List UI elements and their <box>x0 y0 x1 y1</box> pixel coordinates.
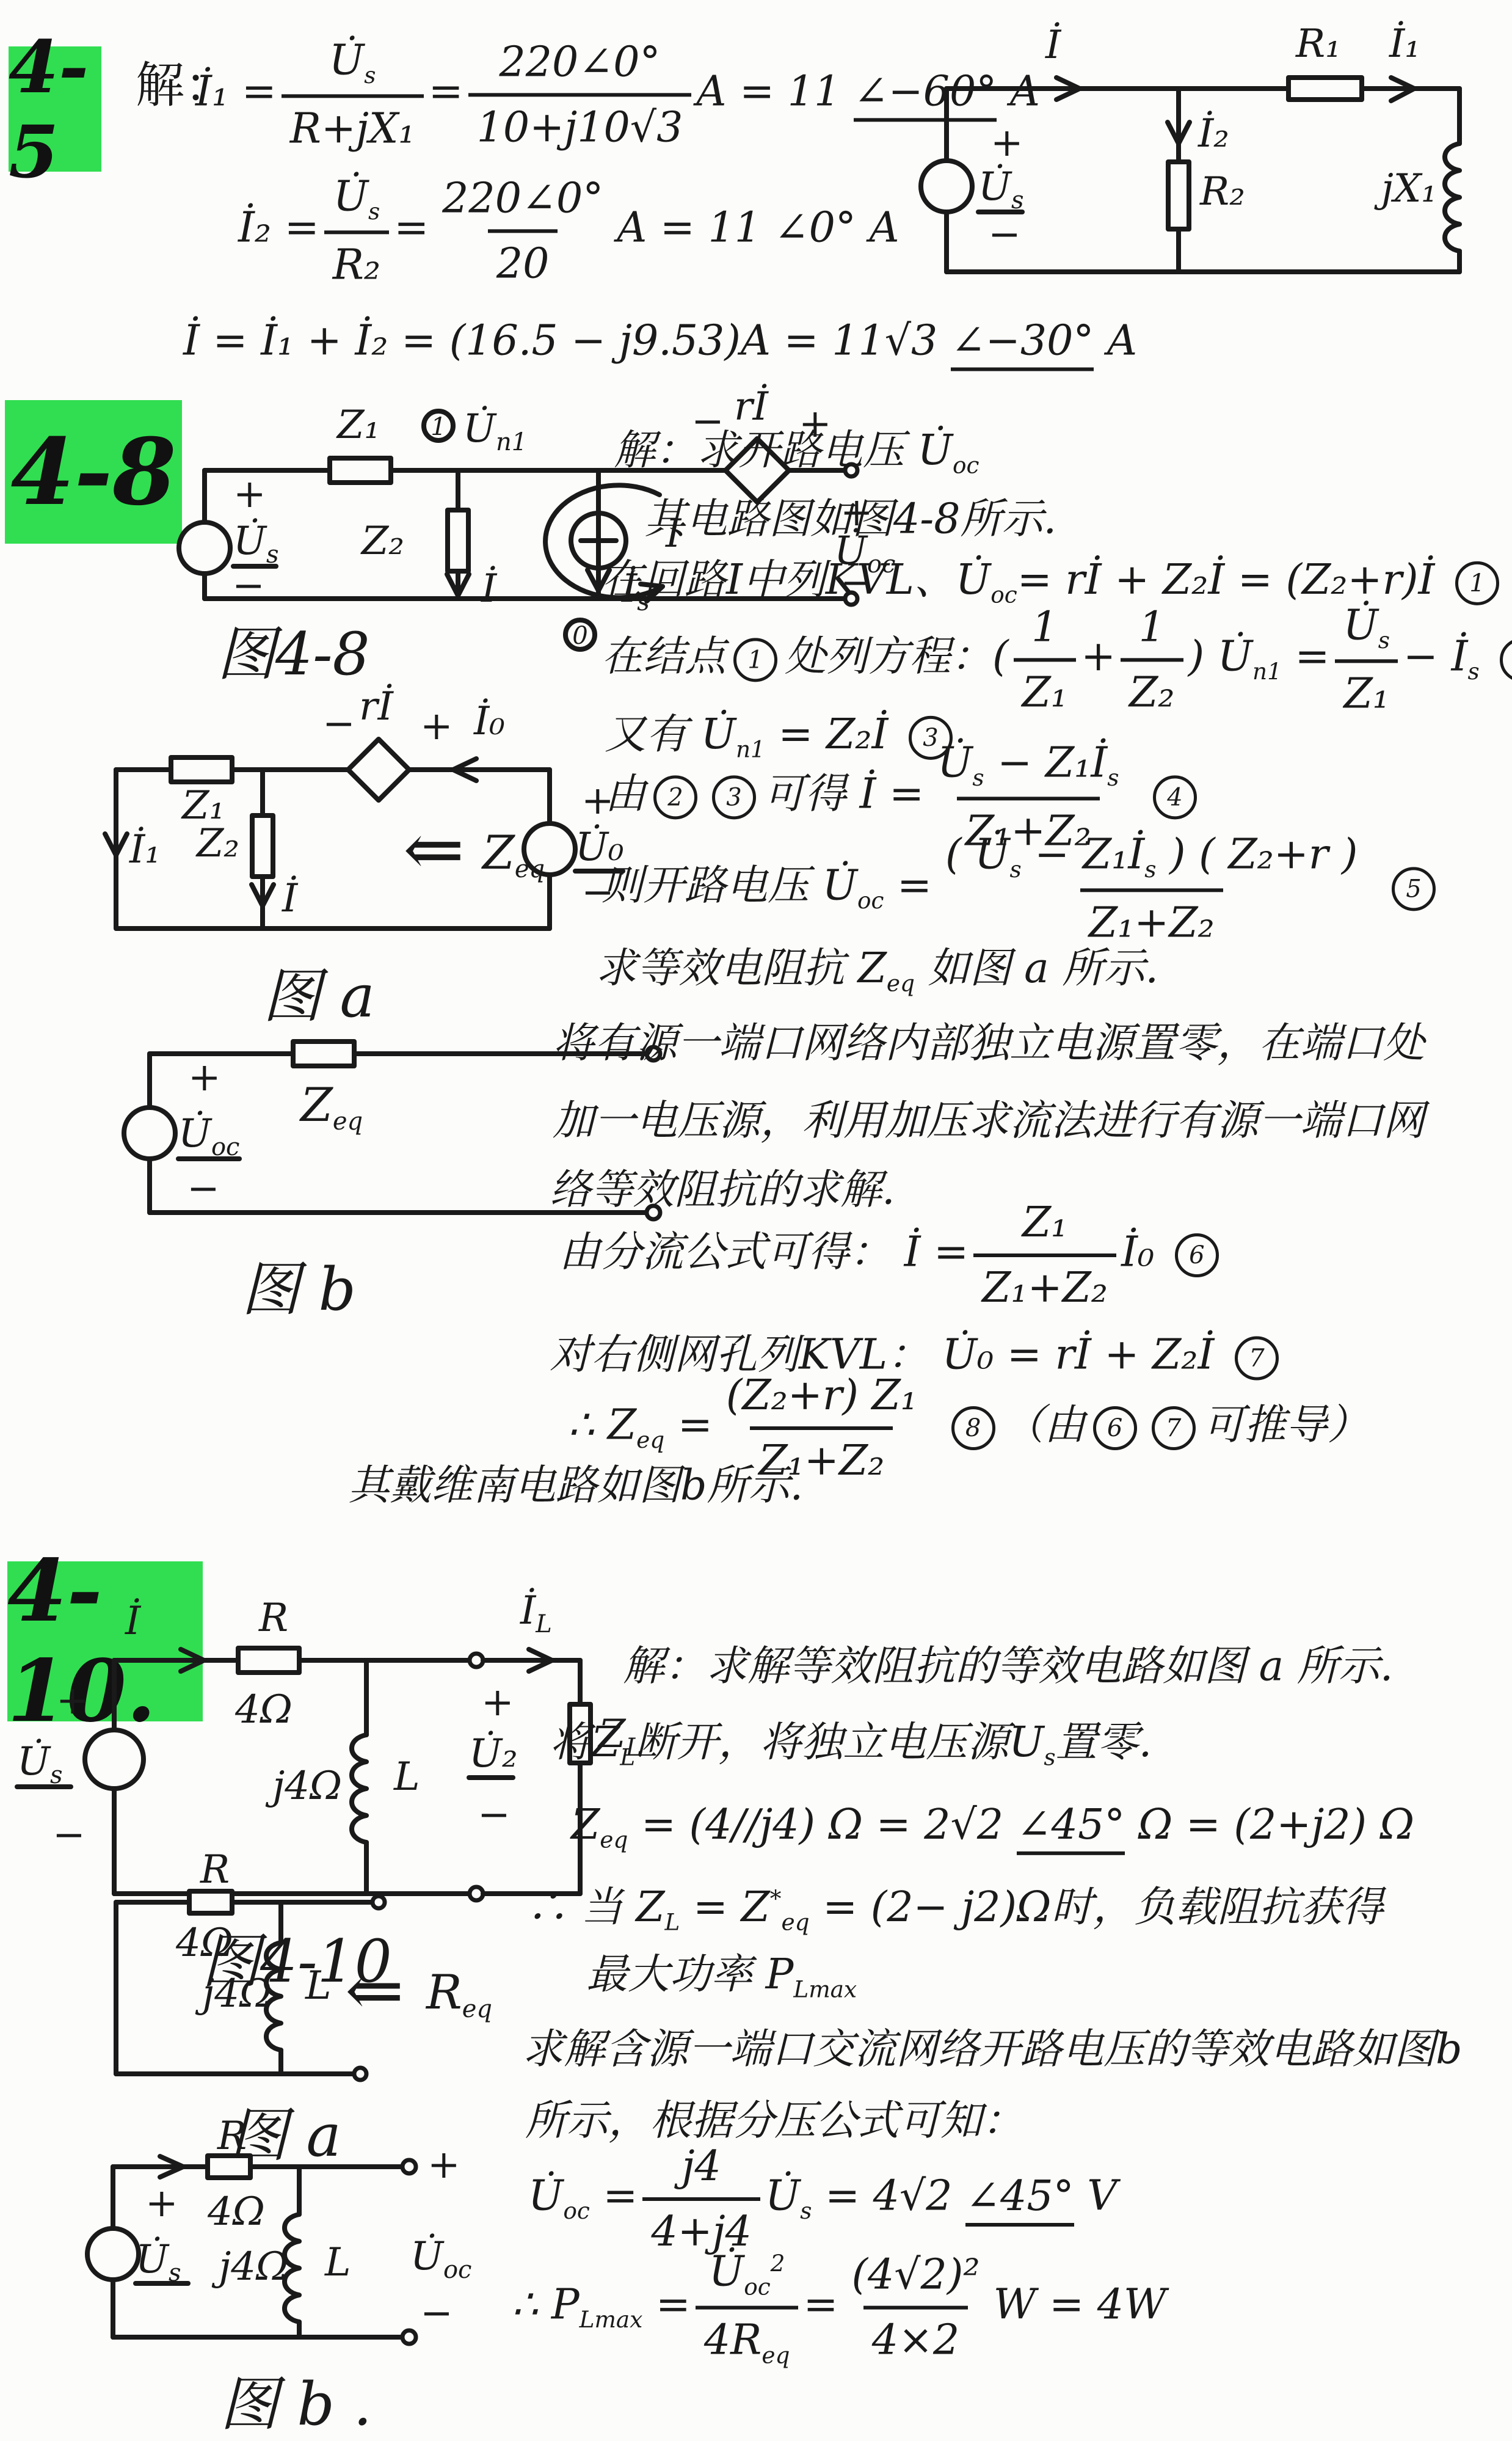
text-line-48-8: 求等效电阻抗 Zeq 如图 a 所示. <box>595 943 1158 998</box>
label-r1: R₁ <box>1295 21 1341 67</box>
req-arrow-icon: ⇐ <box>345 1950 404 2032</box>
label-i: İ <box>1045 22 1062 68</box>
label-l: L <box>393 1754 420 1800</box>
minus-sign: − <box>232 563 265 608</box>
resistor-r-symbol <box>238 1648 299 1673</box>
label-us: U̇s <box>978 163 1023 214</box>
impedance-z2-symbol <box>448 510 468 571</box>
dependent-source-symbol <box>348 739 409 800</box>
voltage-source-symbol <box>87 2228 139 2280</box>
text-line-410-3: Zeq = (4//j4) Ω = 2√2 ∠45° Ω = (2+j2) Ω <box>571 1799 1414 1854</box>
text-line-410-9: ∴ PLmax =U̇oc24Req=(4√2)²4×2W = 4W <box>512 2246 1166 2370</box>
label-us: U̇s <box>136 2236 181 2287</box>
label-r: R <box>200 1847 230 1892</box>
text-line-48-9: 将有源一端口网络内部独立电源置零，在端口处 <box>553 1018 1425 1070</box>
label-l: L <box>324 2240 351 2285</box>
text-line-48-1: 解：求开路电压 U̇oc <box>614 425 979 480</box>
figure-caption-4-8: 图4-8 <box>217 608 370 691</box>
label-i1: İ₁ <box>129 826 161 872</box>
label-us: U̇s <box>17 1738 62 1789</box>
label-j4ohm: j4Ω <box>265 1764 342 1809</box>
problem-label-4-5: 4-5 <box>9 46 101 172</box>
text-line-410-4: ∴ 当 ZL = Z*eq = (2− j2)Ω时，负载阻抗获得 <box>526 1881 1383 1936</box>
impedance-zeq-symbol <box>293 1042 354 1066</box>
minus-sign: − <box>187 1166 220 1211</box>
label-il: İL <box>520 1588 552 1638</box>
voltage-source-symbol <box>124 1107 175 1159</box>
label-i0: İ₀ <box>473 698 505 744</box>
label-z2: Z₂ <box>195 821 239 866</box>
minus-sign-dep: − <box>322 701 355 746</box>
resistor-r2-symbol <box>1168 162 1189 229</box>
text-line-410-8: U̇oc =j44+j4U̇s = 4√2 ∠45° V <box>528 2140 1117 2258</box>
node-0-label: 0 <box>572 622 587 650</box>
plus-sign: + <box>990 120 1023 166</box>
minus-sign: − <box>988 212 1021 257</box>
plus-sign: + <box>188 1055 221 1100</box>
text-line-48-12: 由分流公式可得： İ =Z₁Z₁+Z₂İ₀ 6 <box>559 1197 1226 1314</box>
label-uoc: U̇oc <box>410 2233 471 2284</box>
label-zeq: Zeq <box>299 1078 363 1136</box>
terminal-bottom <box>354 2068 366 2080</box>
plus-sign-dep: + <box>420 704 453 749</box>
plus-sign: + <box>56 1678 89 1723</box>
plus-sign-port: + <box>427 2142 460 2187</box>
terminal-top <box>402 2160 416 2173</box>
voltage-source-symbol <box>85 1730 144 1789</box>
equation-45-i2: İ₂ =U̇sR₂=220∠0°20A = 11 ∠0° A <box>238 170 900 291</box>
inductor-jx1-symbol <box>1445 144 1459 251</box>
text-line-48-15: 其戴维南电路如图b所示. <box>348 1460 803 1512</box>
label-r: R <box>217 2114 247 2159</box>
text-line-410-1: 解：求解等效阻抗的等效电路如图 a 所示. <box>623 1641 1393 1693</box>
label-jx1: jX₁ <box>1374 166 1437 211</box>
handwritten-solution-page: 4-5 解： İ₁ =U̇sR+jX₁=220∠0°10+j10√3A = 11… <box>0 0 1512 2441</box>
text-line-410-2: 将ZL断开，将独立电压源Us置零. <box>550 1717 1152 1771</box>
label-u2: U̇₂ <box>469 1730 518 1776</box>
node-1-label: 1 <box>431 413 446 441</box>
resistor-r1-symbol <box>1288 78 1362 100</box>
resistor-r-symbol <box>189 1891 232 1913</box>
impedance-z1-symbol <box>330 458 391 483</box>
label-i2: İ₂ <box>1198 111 1229 156</box>
label-ri: rİ <box>734 384 769 429</box>
text-line-48-10: 加一电压源，利用加压求流法进行有源一端口网 <box>553 1095 1425 1147</box>
label-i: İ <box>481 566 498 611</box>
label-j4ohm: j4Ω <box>211 2244 288 2290</box>
label-i: İ <box>282 875 299 921</box>
label-uoc: U̇oc <box>178 1110 239 1161</box>
problem-label-4-8: 4-8 <box>5 400 182 544</box>
text-line-410-7: 所示，根据分压公式可知： <box>525 2095 1023 2147</box>
terminal-bottom <box>402 2330 416 2344</box>
figure-caption-4-10b: 图 b . <box>220 2358 372 2441</box>
zeq-arrow-icon: ⇐ <box>403 808 465 892</box>
label-z1: Z₁ <box>336 403 380 448</box>
label-us: U̇s <box>233 517 278 569</box>
label-i: İ <box>125 1598 142 1644</box>
impedance-z1-symbol <box>171 757 232 782</box>
terminal-top <box>373 1896 385 1908</box>
label-4ohm: 4Ω <box>234 1687 293 1732</box>
label-l: L <box>305 1963 332 2009</box>
label-z2: Z₂ <box>360 519 404 564</box>
label-un1: U̇n1 <box>463 405 527 456</box>
label-req: Req <box>425 1965 492 2023</box>
inductor-l-symbol <box>352 1735 366 1842</box>
text-line-48-7: 则开路电压 U̇oc =( U̇s − Z₁İs ) ( Z₂+r )Z₁+Z₂… <box>602 828 1443 949</box>
label-zeq: Zeq <box>481 825 545 883</box>
text-line-410-6: 求解含源一端口交流网络开路电压的等效电路如图b <box>522 2024 1463 2076</box>
label-4ohm: 4Ω <box>207 2189 265 2235</box>
impedance-z2-symbol <box>252 815 273 877</box>
equation-45-itotal: İ = İ₁ + İ₂ = (16.5 − j9.53)A = 11√3 ∠−3… <box>183 315 1137 367</box>
resistor-r-symbol <box>208 2156 250 2178</box>
plus-sign: + <box>233 472 266 517</box>
minus-sign: − <box>53 1812 85 1858</box>
text-line-48-4: 在结点1处列方程：(1Z₁+1Z₂) U̇n1 =U̇sZ₁− İs 2 <box>602 599 1512 720</box>
label-ri: rİ <box>359 684 394 729</box>
circuit-diagram-4-5: İ R₁ İ₁ İ₂ R₂ jX₁ + U̇s − <box>873 9 1512 315</box>
minus-sign-port: − <box>420 2291 453 2336</box>
label-r: R <box>258 1596 288 1641</box>
label-j4ohm: j4Ω <box>195 1971 272 2016</box>
text-line-410-5: 最大功率 PLmax <box>586 1949 857 2004</box>
voltage-source-symbol <box>179 522 230 574</box>
label-i1: İ₁ <box>1389 21 1420 67</box>
plus-sign: + <box>145 2181 178 2226</box>
voltage-source-symbol <box>921 161 972 212</box>
label-r2: R₂ <box>1199 169 1245 214</box>
text-line-48-2: 其电路图如图4-8所示. <box>644 494 1056 545</box>
minus-sign-port: − <box>478 1792 511 1837</box>
label-4ohm: 4Ω <box>175 1921 233 1966</box>
figure-caption-4-8b: 图 b <box>241 1243 356 1327</box>
plus-sign-port: + <box>481 1680 514 1725</box>
